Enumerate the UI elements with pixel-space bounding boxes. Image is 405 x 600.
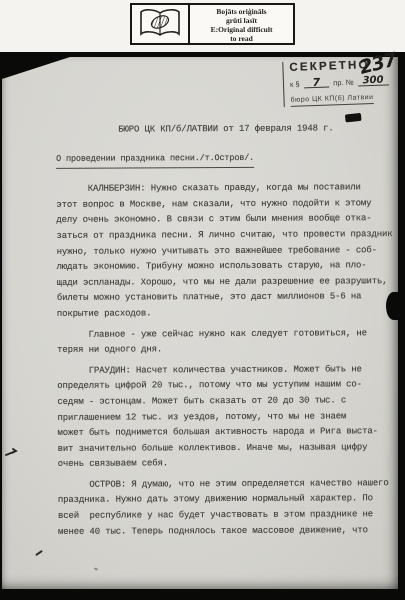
paper-speck bbox=[94, 567, 98, 570]
stamp-protocol-line: к § 7 пр. № 300 bbox=[290, 75, 404, 89]
document-subject: О проведении праздника песни./т.Остров/. bbox=[56, 150, 254, 169]
scanner-margin-strip: Bojāts oriģināls grūti lasīt E:Original … bbox=[0, 0, 405, 52]
paper-scan: СЕКРЕТНО 237 к § 7 пр. № 300 бюро ЦК КП(… bbox=[2, 52, 398, 589]
document-subject-wrap: О проведении праздника песни./т.Остров/. bbox=[56, 150, 396, 169]
scan-corner-shadow bbox=[2, 57, 70, 79]
typewritten-text: БЮРО ЦК КП/б/ЛАТВИИ от 17 февраля 1948 г… bbox=[56, 121, 398, 545]
document-header: БЮРО ЦК КП/б/ЛАТВИИ от 17 февраля 1948 г… bbox=[56, 121, 396, 138]
margin-pen-mark bbox=[5, 444, 19, 453]
paragraph-ostrov: ОСТРОВ: Я думаю, что не этим определяетс… bbox=[58, 476, 398, 540]
paragraph-kalnberzin: КАЛНБЕРЗИН: Нужно сказать правду, когда … bbox=[56, 180, 397, 322]
paragraph-graudin: ГРАУДИН: Насчет количества участников. М… bbox=[57, 362, 398, 473]
damaged-original-badge: Bojāts oriģināls grūti lasīt E:Original … bbox=[130, 3, 295, 45]
paragraph-main-point: Главное - уже сейчас нужно как следует г… bbox=[57, 326, 397, 359]
stamp-ref-mid: пр. № bbox=[333, 78, 354, 88]
handwritten-paragraph-number: 7 bbox=[303, 78, 329, 89]
stamp-bureau-line: бюро ЦК КП(б) Латвии bbox=[290, 94, 373, 107]
scanned-document-page: Bojāts oriģināls grūti lasīt E:Original … bbox=[0, 0, 405, 600]
damaged-original-badge-text: Bojāts oriģināls grūti lasīt E:Original … bbox=[190, 5, 293, 43]
damaged-book-icon bbox=[132, 5, 190, 43]
secret-stamp: СЕКРЕТНО 237 к § 7 пр. № 300 бюро ЦК КП(… bbox=[282, 58, 404, 107]
stamp-ref-prefix: к § bbox=[290, 80, 300, 89]
pen-squiggle-mark bbox=[35, 550, 43, 556]
